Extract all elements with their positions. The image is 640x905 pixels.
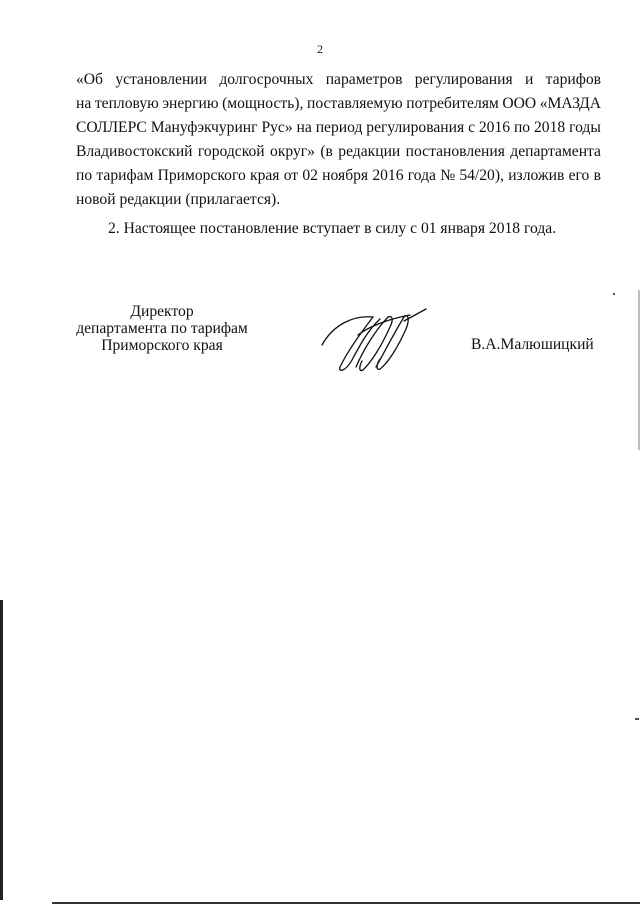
signatory-title-line: Приморского края	[70, 337, 254, 354]
paragraph-line: СОЛЛЕРСМануфэкчурингРус»напериодрегулиро…	[76, 116, 601, 140]
word: (мощность),	[222, 92, 303, 116]
word: по	[76, 164, 92, 188]
word: года	[408, 164, 436, 188]
word: изложив	[508, 164, 564, 188]
word: в	[594, 164, 601, 188]
word: 02	[302, 164, 318, 188]
body-paragraph-1: «Обустановлениидолгосрочныхпараметроврег…	[76, 68, 601, 212]
word: департамента	[510, 140, 601, 164]
page-number: 2	[0, 42, 640, 57]
scan-speck	[635, 718, 639, 720]
word: 2018	[534, 116, 565, 140]
word: по	[514, 116, 530, 140]
word: регулирования	[415, 68, 513, 92]
word: долгосрочных	[219, 68, 313, 92]
word: СОЛЛЕРС	[76, 116, 147, 140]
word: редакции	[338, 140, 400, 164]
word: годы	[569, 116, 601, 140]
word: установлении	[115, 68, 207, 92]
word: ноября	[322, 164, 368, 188]
word: от	[284, 164, 298, 188]
word: Приморского	[158, 164, 246, 188]
word: параметров	[326, 68, 403, 92]
word: «Об	[76, 68, 103, 92]
scan-edge-bottom	[52, 902, 640, 904]
word: энергию	[162, 92, 218, 116]
paragraph-line: потарифамПриморскогокраяот02ноября2016го…	[76, 164, 601, 188]
scan-edge-left	[0, 600, 3, 900]
signatory-title-line: департамента по тарифам	[70, 320, 254, 337]
word: Рус»	[261, 116, 292, 140]
word: 2016	[479, 116, 510, 140]
paragraph-line: «Обустановлениидолгосрочныхпараметроврег…	[76, 68, 601, 92]
word: поставляемую	[307, 92, 403, 116]
word: Мануфэкчуринг	[151, 116, 258, 140]
signatory-title-line: Директор	[70, 303, 254, 320]
word: городской	[198, 140, 265, 164]
word: тепловую	[95, 92, 159, 116]
word: 54/20),	[459, 164, 504, 188]
word: «МАЗДА	[540, 92, 601, 116]
word: 2016	[372, 164, 403, 188]
word: №	[440, 164, 455, 188]
word: на	[297, 116, 312, 140]
signatory-title: Директор департамента по тарифам Приморс…	[70, 303, 254, 354]
word: на	[76, 92, 91, 116]
word: округ»	[270, 140, 315, 164]
paragraph-line: Владивостокскийгородскойокруг»(вредакции…	[76, 140, 601, 164]
handwritten-signature-icon	[318, 305, 428, 375]
paragraph-line: натепловуюэнергию(мощность),поставляемую…	[76, 92, 601, 116]
word: потребителям	[406, 92, 499, 116]
word: с	[468, 116, 475, 140]
word: и	[525, 68, 533, 92]
word: период	[316, 116, 363, 140]
word: ООО	[502, 92, 536, 116]
word: его	[569, 164, 590, 188]
word: края	[250, 164, 279, 188]
scan-speck	[613, 293, 615, 295]
word: Владивостокский	[76, 140, 193, 164]
body-paragraph-2: 2. Настоящее постановление вступает в си…	[108, 220, 556, 238]
word: (в	[320, 140, 333, 164]
word: регулирования	[366, 116, 464, 140]
signatory-name: В.А.Малюшицкий	[471, 336, 594, 354]
word: постановления	[406, 140, 505, 164]
word: тарифов	[546, 68, 601, 92]
word: тарифам	[96, 164, 153, 188]
paragraph-last-line: новой редакции (прилагается).	[76, 188, 601, 212]
